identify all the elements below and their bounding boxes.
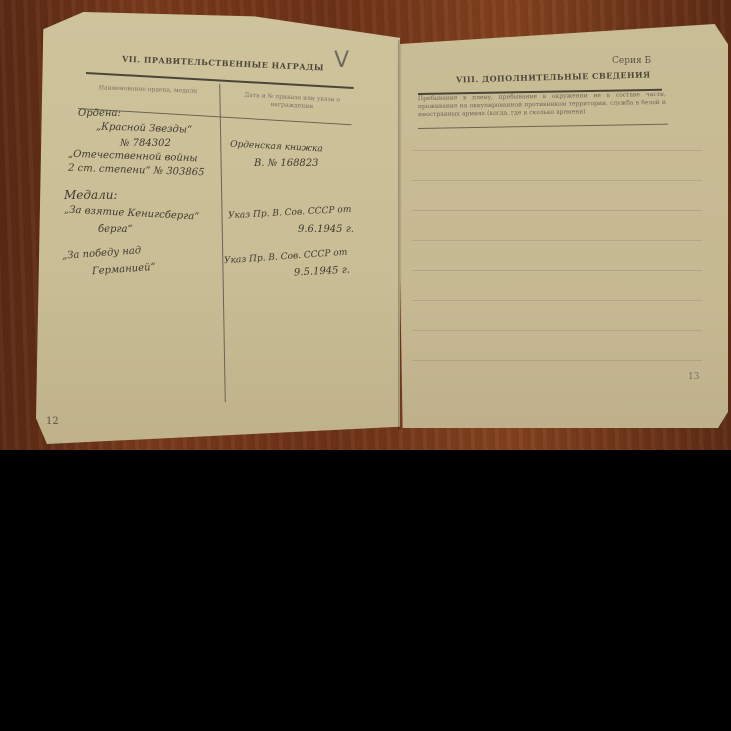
- right-page: [396, 24, 728, 428]
- left-page-number: 12: [46, 416, 59, 427]
- book-spine-shadow: [398, 40, 402, 430]
- ruled-line: [412, 150, 702, 151]
- check-mark: V: [334, 48, 349, 73]
- ruled-line: [412, 360, 702, 361]
- handwritten-date: В. № 168823: [254, 158, 319, 169]
- document-photo: VII. ПРАВИТЕЛЬСТВЕННЫЕ НАГРАДЫ V Наимено…: [0, 0, 731, 450]
- handwritten-entry: Ордена:: [78, 108, 121, 119]
- handwritten-entry: № 784302: [120, 138, 171, 149]
- ruled-line: [412, 300, 702, 301]
- handwritten-entry: Медали:: [64, 188, 118, 202]
- right-description: Пребывание в плену, пребывание в окружен…: [418, 91, 666, 119]
- ruled-line: [412, 330, 702, 331]
- ruled-line: [412, 270, 702, 271]
- ruled-line: [412, 180, 702, 181]
- right-page-number: 13: [688, 372, 699, 382]
- ruled-line: [412, 240, 702, 241]
- handwritten-date: 9.6.1945 г.: [298, 224, 354, 235]
- handwritten-entry: берга“: [98, 224, 133, 235]
- ruled-line: [412, 210, 702, 211]
- series-label: Серия Б: [612, 56, 651, 66]
